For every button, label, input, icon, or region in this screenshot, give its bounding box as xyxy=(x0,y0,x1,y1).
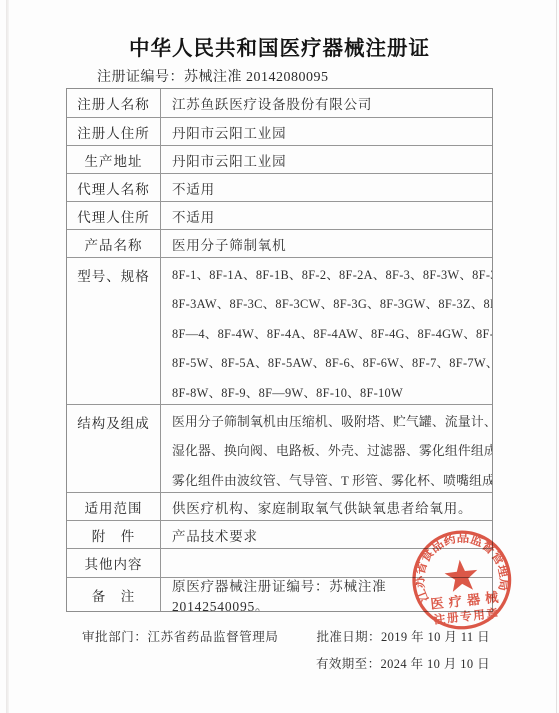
row-value: 不适用 xyxy=(161,174,492,201)
table-row-attachment: 附 件 产品技术要求 xyxy=(67,520,492,548)
row-label: 生产地址 xyxy=(67,146,161,173)
certificate-table: 注册人名称 江苏鱼跃医疗设备股份有限公司 注册人住所 丹阳市云阳工业园 生产地址… xyxy=(66,88,493,612)
table-row-structure: 结构及组成 医用分子筛制氧机由压缩机、吸附塔、贮气罐、流量计、 湿化器、换向阀、… xyxy=(67,404,492,492)
row-label: 产品名称 xyxy=(67,230,161,257)
table-row-model-spec: 型号、规格 8F-1、8F-1A、8F-1B、8F-2、8F-2A、8F-3、8… xyxy=(67,257,492,404)
row-label: 适用范围 xyxy=(67,493,161,520)
table-row-scope: 适用范围 供医疗机构、家庭制取氧气供缺氧患者给氧用。 xyxy=(67,492,492,520)
table-row-registrant-name: 注册人名称 江苏鱼跃医疗设备股份有限公司 xyxy=(67,89,492,117)
table-row-production-address: 生产地址 丹阳市云阳工业园 xyxy=(67,145,492,173)
spec-line: 8F-3AW、8F-3C、8F-3CW、8F-3G、8F-3GW、8F-3Z、8… xyxy=(172,290,488,319)
row-value: 医用分子筛制氧机由压缩机、吸附塔、贮气罐、流量计、 湿化器、换向阀、电路板、外壳… xyxy=(161,405,492,492)
row-label: 注册人名称 xyxy=(67,89,161,117)
table-row-other-content: 其他内容 xyxy=(67,548,492,577)
row-value: 丹阳市云阳工业园 xyxy=(161,118,492,145)
row-value: 丹阳市云阳工业园 xyxy=(161,146,492,173)
row-value: 供医疗机构、家庭制取氧气供缺氧患者给氧用。 xyxy=(161,493,492,520)
valid-until-date: 有效期至：2024 年 10 月 10 日 xyxy=(316,654,490,672)
approval-date: 批准日期：2019 年 10 月 11 日 xyxy=(316,627,490,645)
row-label: 代理人住所 xyxy=(67,202,161,229)
row-label: 结构及组成 xyxy=(67,405,161,492)
row-value: 江苏鱼跃医疗设备股份有限公司 xyxy=(161,89,492,117)
row-label: 型号、规格 xyxy=(67,258,161,404)
row-value: 8F-1、8F-1A、8F-1B、8F-2、8F-2A、8F-3、8F-3W、8… xyxy=(161,258,492,404)
row-label: 注册人住所 xyxy=(67,118,161,145)
spec-line: 8F—4、8F-4W、8F-4A、8F-4AW、8F-4G、8F-4GW、8F-… xyxy=(172,320,488,349)
certificate-number-line: 注册证编号：苏械注准 20142080095 xyxy=(97,66,329,86)
structure-line: 医用分子筛制氧机由压缩机、吸附塔、贮气罐、流量计、 xyxy=(172,408,488,437)
row-label: 附 件 xyxy=(67,521,161,548)
row-value: 不适用 xyxy=(161,202,492,229)
row-value: 产品技术要求 xyxy=(161,521,492,548)
structure-line: 雾化组件由波纹管、气导管、T 形管、雾化杯、喷嘴组成。 xyxy=(172,467,488,492)
table-row-agent-name: 代理人名称 不适用 xyxy=(67,173,492,201)
certificate-page: 中华人民共和国医疗器械注册证 注册证编号：苏械注准 20142080095 注册… xyxy=(0,0,559,713)
structure-line: 湿化器、换向阀、电路板、外壳、过滤器、雾化组件组成。 xyxy=(172,437,488,466)
table-row-agent-address: 代理人住所 不适用 xyxy=(67,201,492,229)
certificate-number-label: 注册证编号： xyxy=(97,70,184,85)
page-scan-edge-right xyxy=(556,0,557,713)
row-label: 其他内容 xyxy=(67,549,161,577)
approval-department: 审批部门：江苏省药品监督管理局 xyxy=(82,627,279,645)
page-scan-edge-left xyxy=(6,0,9,713)
table-row-registrant-address: 注册人住所 丹阳市云阳工业园 xyxy=(67,117,492,145)
row-value: 医用分子筛制氧机 xyxy=(161,230,492,257)
spec-line: 8F-8W、8F-9、8F—9W、8F-10、8F-10W xyxy=(172,379,488,404)
spec-line: 8F-1、8F-1A、8F-1B、8F-2、8F-2A、8F-3、8F-3W、8… xyxy=(172,261,488,290)
row-value: 原医疗器械注册证编号：苏械注准 20142540095。 xyxy=(161,578,492,611)
row-label: 代理人名称 xyxy=(67,174,161,201)
row-label: 备 注 xyxy=(67,578,161,611)
spec-line: 8F-5W、8F-5A、8F-5AW、8F-6、8F-6W、8F-7、8F-7W… xyxy=(172,349,488,378)
row-value xyxy=(161,549,492,577)
certificate-number-value: 苏械注准 20142080095 xyxy=(184,70,329,85)
table-row-remark: 备 注 原医疗器械注册证编号：苏械注准 20142540095。 xyxy=(67,577,492,611)
table-row-product-name: 产品名称 医用分子筛制氧机 xyxy=(67,229,492,257)
page-title: 中华人民共和国医疗器械注册证 xyxy=(0,31,559,61)
